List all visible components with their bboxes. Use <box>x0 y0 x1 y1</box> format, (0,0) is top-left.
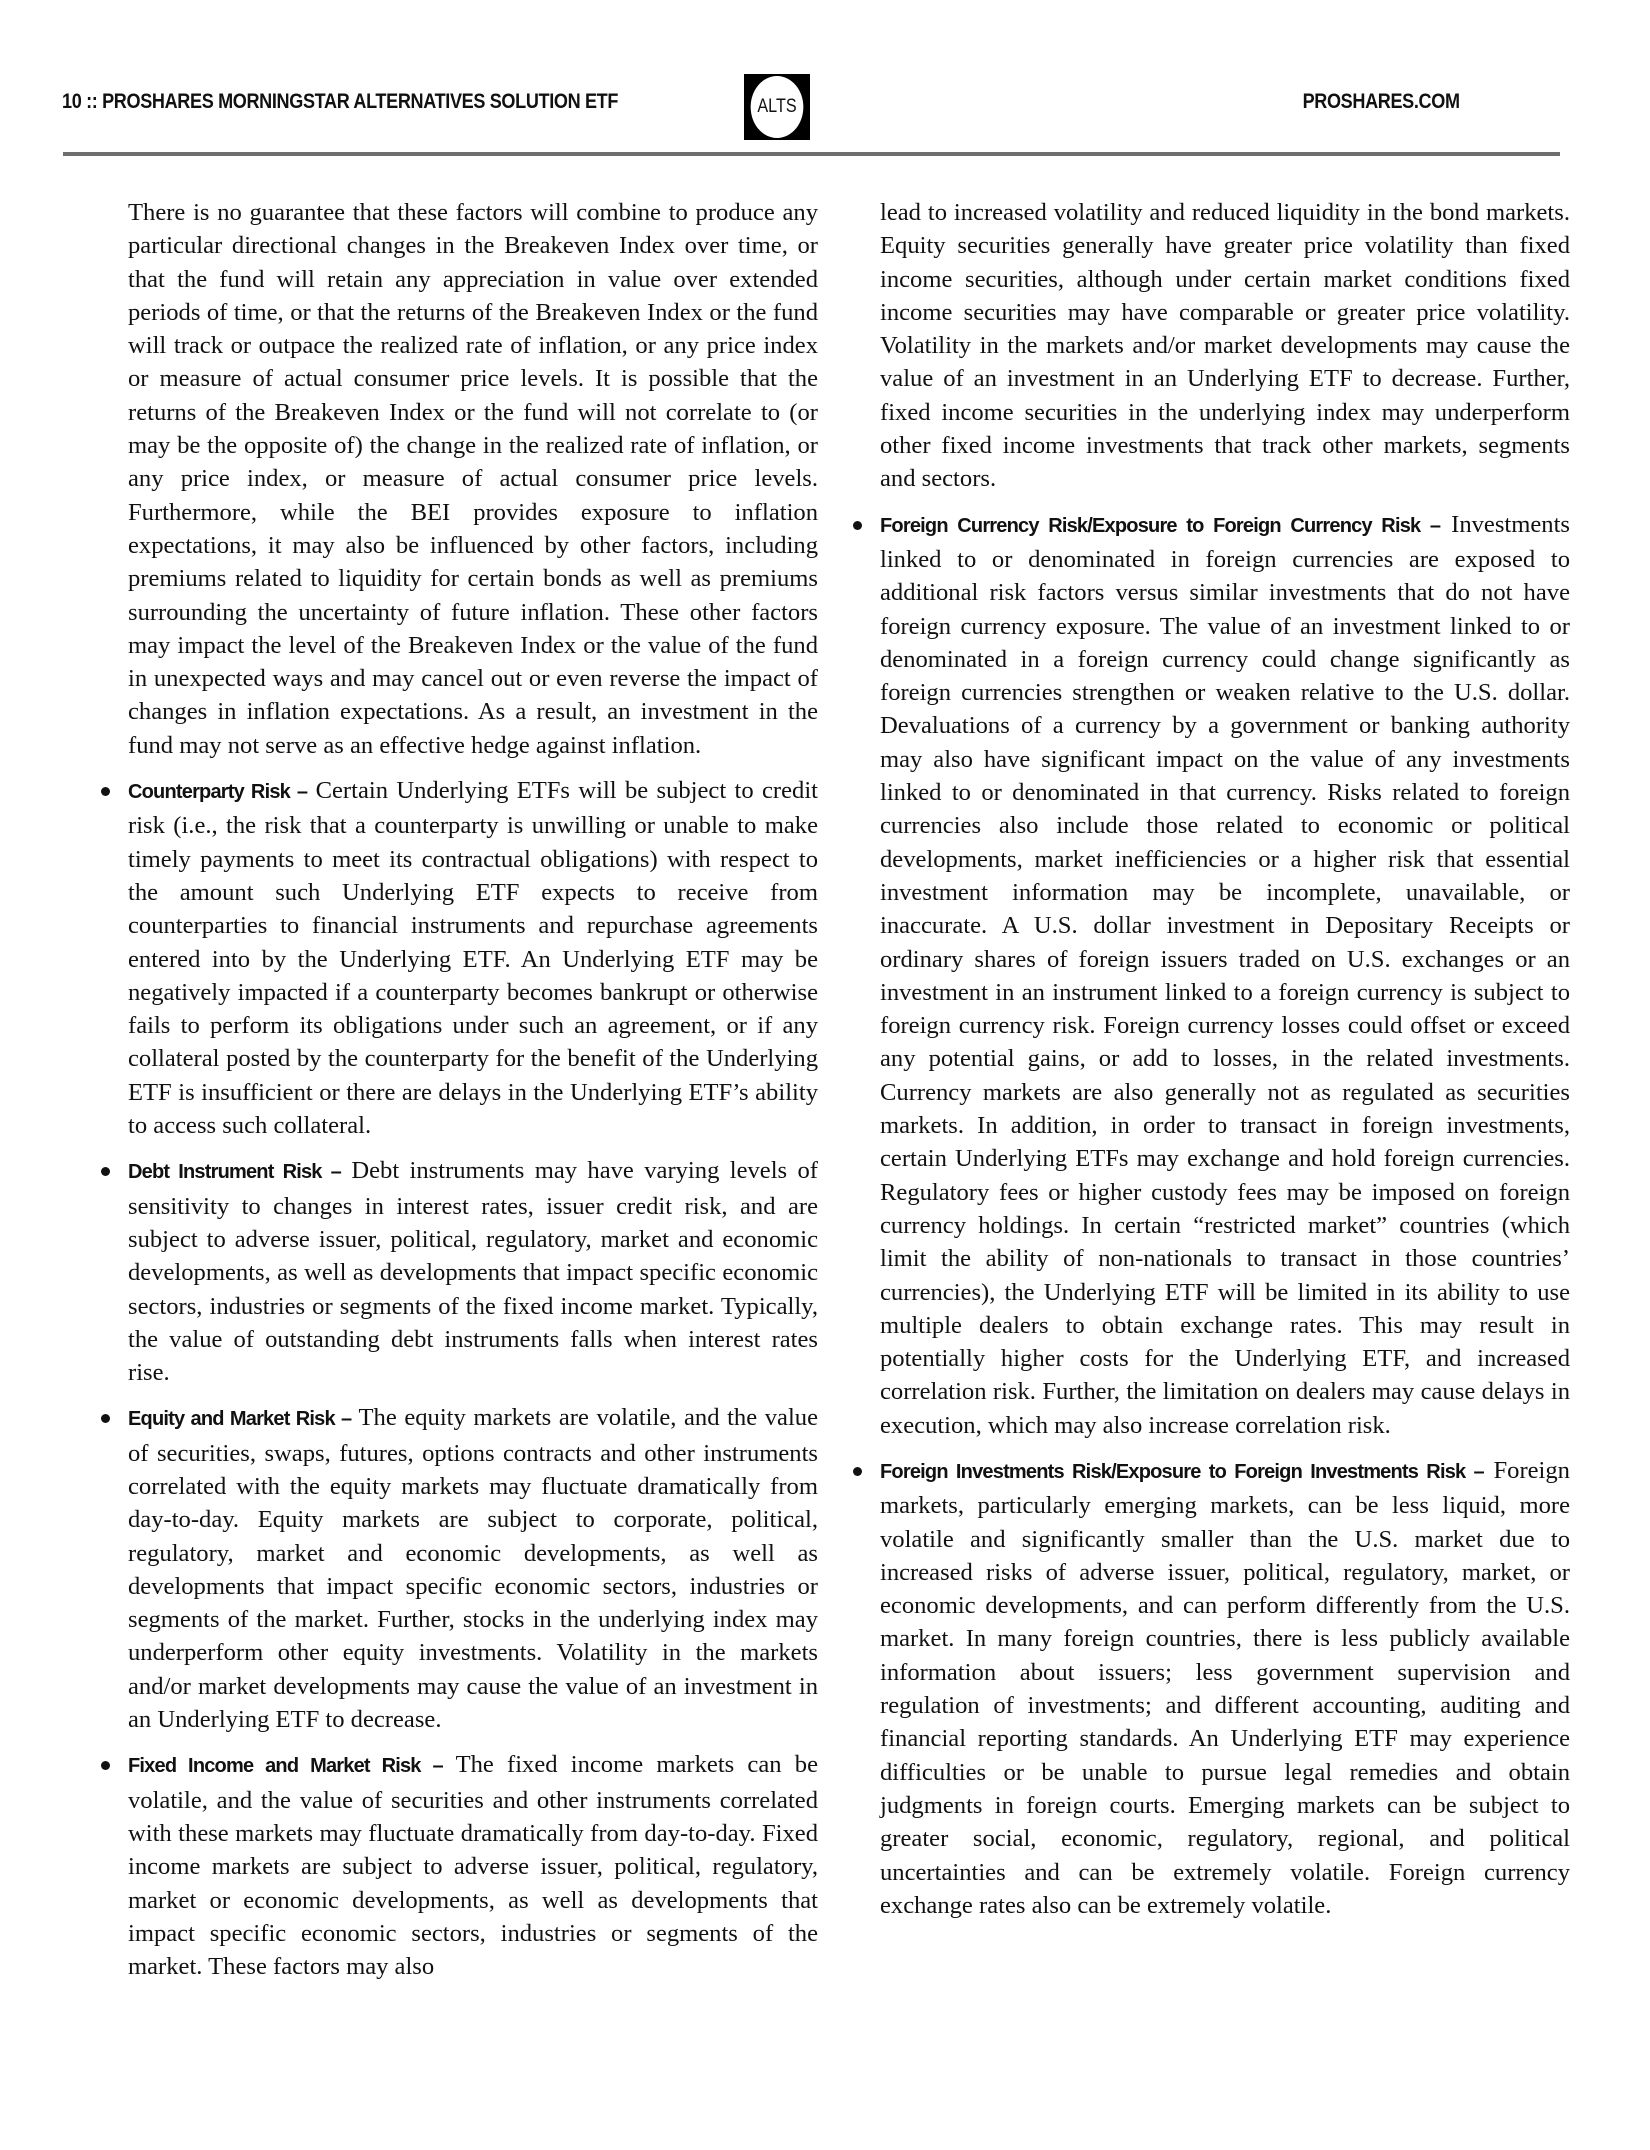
alts-badge-icon: ALTS <box>744 74 810 140</box>
bullet-title: Equity and Market Risk – <box>128 1408 351 1430</box>
intro-paragraph: There is no guarantee that these factors… <box>128 196 818 762</box>
website-label: PROSHARES.COM <box>1303 90 1460 114</box>
bullet-debt-instrument-risk: Debt Instrument Risk – Debt instruments … <box>128 1154 818 1389</box>
bullet-icon <box>101 1414 110 1423</box>
left-column: There is no guarantee that these factors… <box>128 196 818 1983</box>
header-divider <box>63 152 1560 156</box>
bullet-foreign-currency-risk: Foreign Currency Risk/Exposure to Foreig… <box>880 508 1570 1442</box>
bullet-text: The equity markets are volatile, and the… <box>128 1404 818 1733</box>
bullet-text: Debt instruments may have varying levels… <box>128 1157 818 1386</box>
bullet-icon <box>101 1761 110 1770</box>
bullet-text: Foreign markets, particularly emerging m… <box>880 1457 1570 1919</box>
bullet-title: Debt Instrument Risk – <box>128 1161 341 1183</box>
bullet-title: Foreign Currency Risk/Exposure to Foreig… <box>880 515 1440 537</box>
page-number-and-title: 10 :: PROSHARES MORNINGSTAR ALTERNATIVES… <box>62 90 618 114</box>
continuation-paragraph: lead to increased volatility and reduced… <box>880 196 1570 496</box>
bullet-fixed-income-market-risk: Fixed Income and Market Risk – The fixed… <box>128 1748 818 1983</box>
bullet-title: Counterparty Risk – <box>128 781 307 803</box>
bullet-text: The fixed income markets can be volatile… <box>128 1751 818 1980</box>
bullet-text: Certain Underlying ETFs will be subject … <box>128 777 818 1139</box>
right-column: lead to increased volatility and reduced… <box>880 196 1570 1922</box>
bullet-foreign-investments-risk: Foreign Investments Risk/Exposure to For… <box>880 1454 1570 1922</box>
bullet-icon <box>101 787 110 796</box>
bullet-icon <box>853 1467 862 1476</box>
bullet-icon <box>853 521 862 530</box>
bullet-icon <box>101 1167 110 1176</box>
page-header: 10 :: PROSHARES MORNINGSTAR ALTERNATIVES… <box>0 0 1650 170</box>
bullet-counterparty-risk: Counterparty Risk – Certain Underlying E… <box>128 774 818 1142</box>
bullet-equity-market-risk: Equity and Market Risk – The equity mark… <box>128 1401 818 1736</box>
bullet-text: Investments linked to or denominated in … <box>880 511 1570 1439</box>
alts-badge-label: ALTS <box>751 76 804 138</box>
bullet-title: Foreign Investments Risk/Exposure to For… <box>880 1461 1484 1483</box>
bullet-title: Fixed Income and Market Risk – <box>128 1755 443 1777</box>
